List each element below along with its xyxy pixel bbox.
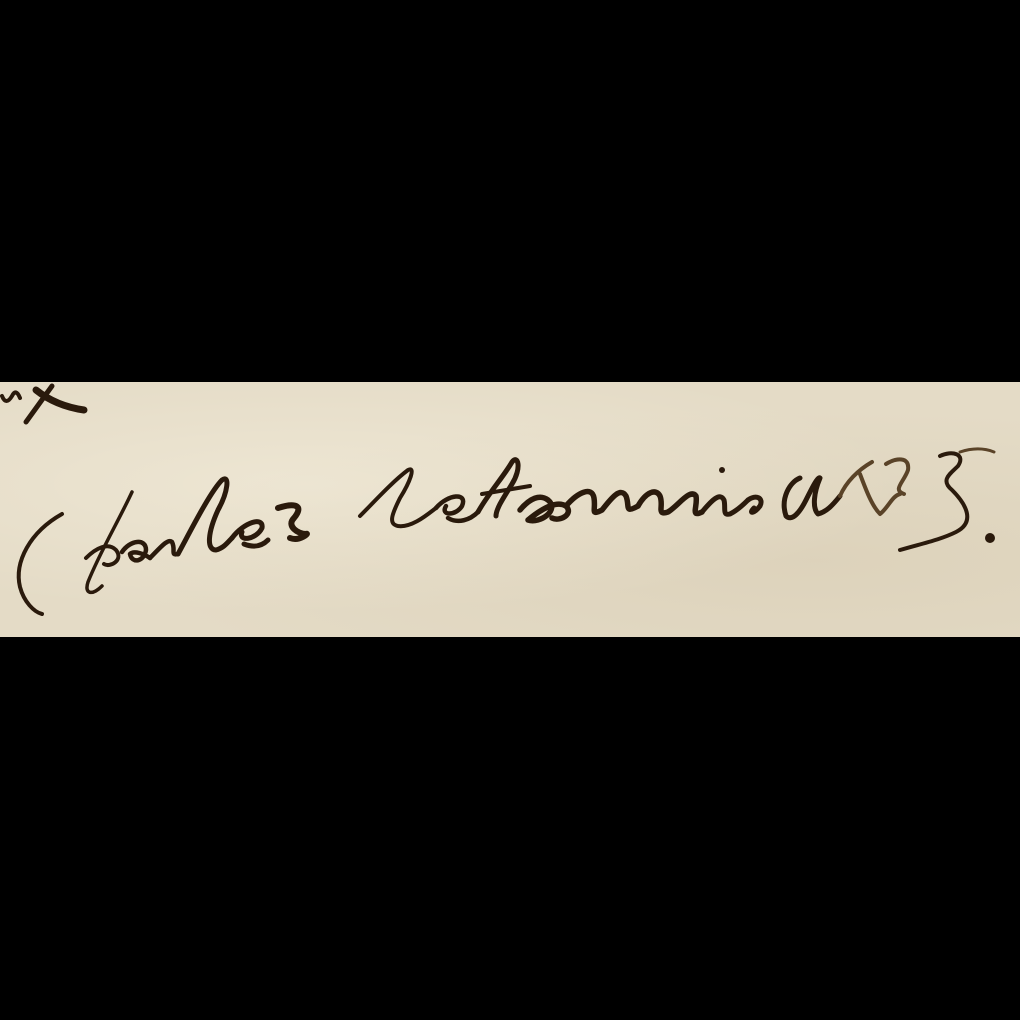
fragment-above	[2, 386, 84, 422]
signature-paraph	[784, 449, 995, 550]
handwriting-drawing	[0, 382, 1020, 637]
signature-first-name	[19, 479, 307, 614]
signature-surname	[360, 460, 761, 527]
manuscript-strip: ux Charles Le Francois ABG paraph	[0, 382, 1020, 637]
